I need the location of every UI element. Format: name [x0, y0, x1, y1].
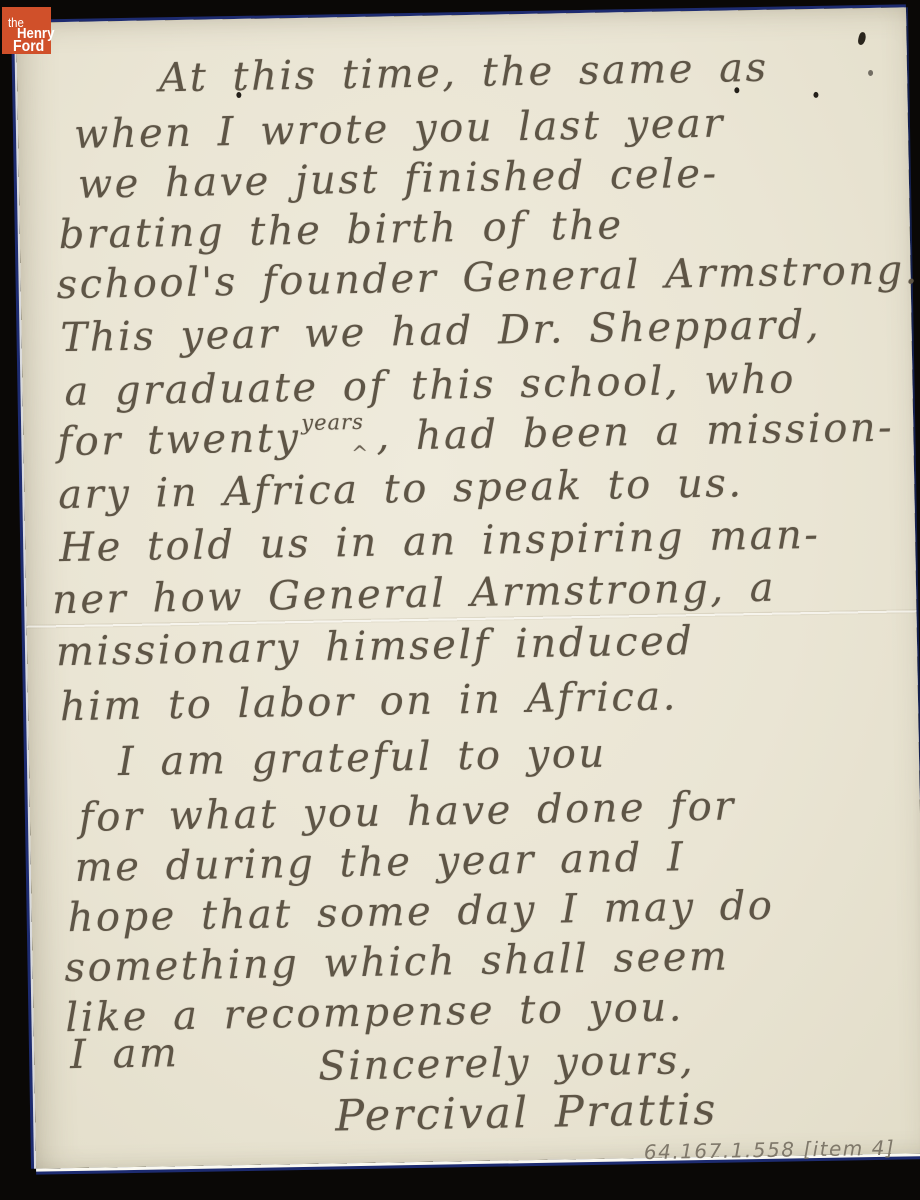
letter-line: a graduate of this school, who	[64, 356, 796, 415]
catalog-number: 64.167.1.558 [item 4]	[644, 1136, 896, 1164]
letter-line: He told us in an inspiring man-	[59, 512, 821, 571]
scan-background: At this time, the same as when I wrote y…	[0, 0, 920, 1200]
ink-speck	[813, 92, 818, 98]
logo-text-ford: Ford	[13, 38, 44, 56]
letter-line: when I wrote you last year	[74, 101, 726, 158]
letter-line: This year we had Dr. Sheppard,	[60, 302, 821, 361]
letter-page: At this time, the same as when I wrote y…	[16, 7, 920, 1168]
letter-line: ner how General Armstrong, a	[52, 565, 777, 624]
letter-line: for what you have done for	[79, 783, 737, 840]
accession-number: 64.167.1.558	[644, 1137, 796, 1164]
line-segment: for twenty	[57, 415, 301, 465]
letter-line: we have just finished cele-	[78, 151, 719, 208]
closing-i-am: I am	[70, 1030, 180, 1078]
inserted-word: years	[301, 410, 364, 435]
letter-line: him to labor on in Africa.	[60, 673, 679, 730]
letter-line: missionary himself induced	[56, 618, 695, 675]
ink-speck	[868, 70, 873, 76]
ink-speck	[734, 87, 739, 93]
henry-ford-logo: the Henry Ford	[2, 7, 51, 54]
letter-line: I am grateful to you	[118, 731, 607, 786]
letter-line: brating the birth of the	[58, 202, 624, 258]
insertion-caret: ^	[351, 441, 371, 465]
ink-mark	[857, 31, 867, 45]
closing-valediction: Sincerely yours,	[318, 1037, 695, 1090]
letter-line: At this time, the same as	[159, 45, 769, 102]
letter-line-with-insertion: for twentyyears^, had been a mission-	[57, 405, 895, 472]
signature: Percival Prattis	[335, 1087, 718, 1140]
letter-line: school's founder General Armstrong.	[56, 247, 920, 308]
letter-line: something which shall seem	[64, 934, 730, 992]
line-segment: , had been a mission-	[376, 405, 895, 460]
ink-speck	[236, 92, 241, 98]
item-label: [item 4]	[803, 1136, 895, 1162]
letter-line: hope that some day I may do	[67, 883, 774, 941]
letter-line: me during the year and I	[74, 834, 685, 891]
